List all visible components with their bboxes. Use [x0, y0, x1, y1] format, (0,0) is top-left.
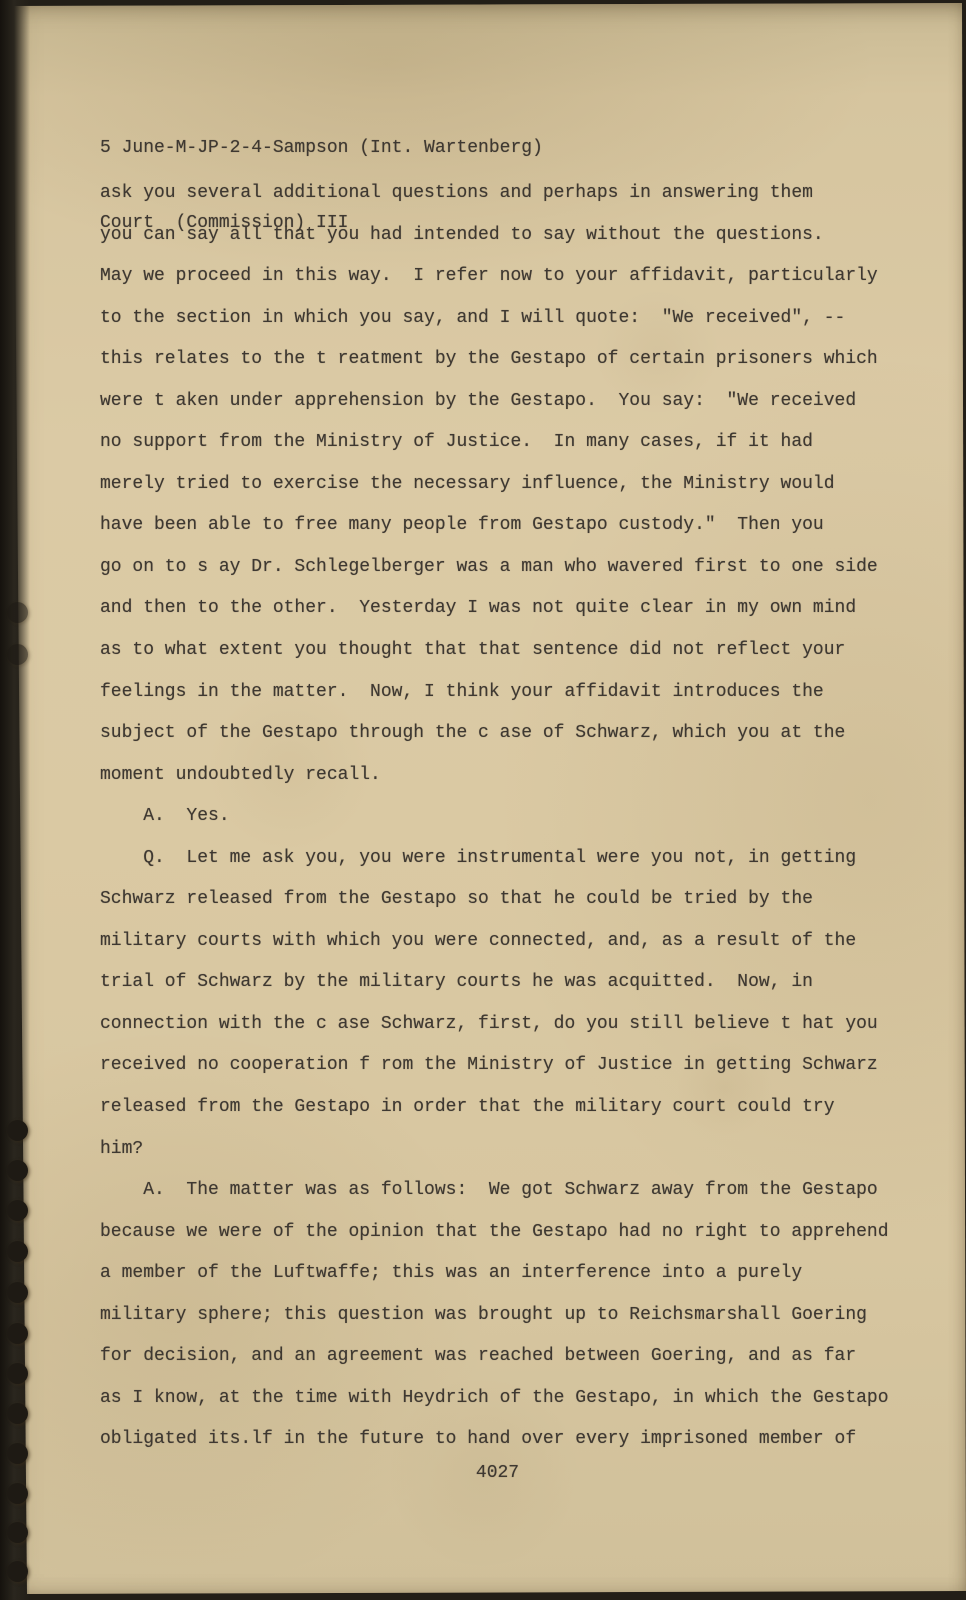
- transcript-line: and then to the other. Yesterday I was n…: [100, 588, 920, 630]
- transcript-line: connection with the c ase Schwarz, first…: [100, 1004, 920, 1046]
- transcript-line: Q. Let me ask you, you were instrumental…: [100, 838, 920, 880]
- transcript-line: A. Yes.: [100, 796, 920, 838]
- binding-hole: [7, 1160, 28, 1181]
- binding-hole: [7, 1120, 28, 1141]
- transcript-line: subject of the Gestapo through the c ase…: [100, 713, 920, 755]
- transcript-line: military sphere; this question was broug…: [100, 1295, 920, 1337]
- transcript-line: moment undoubtedly recall.: [100, 755, 920, 797]
- transcript-line: for decision, and an agreement was reach…: [100, 1336, 920, 1378]
- binding-hole: [7, 1363, 28, 1384]
- transcript-line: feelings in the matter. Now, I think you…: [100, 672, 920, 714]
- binding-hole: [7, 644, 28, 665]
- transcript-line: obligated its.lf in the future to hand o…: [100, 1419, 920, 1461]
- transcript-line: this relates to the t reatment by the Ge…: [100, 339, 920, 381]
- transcript-line: A. The matter was as follows: We got Sch…: [100, 1170, 920, 1212]
- transcript-line: go on to s ay Dr. Schlegelberger was a m…: [100, 547, 920, 589]
- scanned-page: 5 June-M-JP-2-4-Sampson (Int. Wartenberg…: [0, 0, 966, 1600]
- binding-hole: [7, 1403, 28, 1424]
- header-line: 5 June-M-JP-2-4-Sampson (Int. Wartenberg…: [100, 136, 543, 161]
- transcript-line: you can say all that you had intended to…: [100, 215, 920, 257]
- transcript-line: ask you several additional questions and…: [100, 173, 920, 215]
- binding-hole: [7, 602, 28, 623]
- transcript-line: received no cooperation f rom the Minist…: [100, 1045, 920, 1087]
- binding-hole: [7, 1241, 28, 1262]
- transcript-line: trial of Schwarz by the military courts …: [100, 962, 920, 1004]
- binding-hole: [7, 1282, 28, 1303]
- transcript-line: military courts with which you were conn…: [100, 921, 920, 963]
- transcript-body: ask you several additional questions and…: [100, 173, 920, 1461]
- binding-hole: [7, 1522, 28, 1543]
- binding-hole: [7, 1200, 28, 1221]
- transcript-line: as I know, at the time with Heydrich of …: [100, 1378, 920, 1420]
- transcript-line: May we proceed in this way. I refer now …: [100, 256, 920, 298]
- transcript-line: a member of the Luftwaffe; this was an i…: [100, 1253, 920, 1295]
- transcript-line: as to what extent you thought that that …: [100, 630, 920, 672]
- transcript-line: merely tried to exercise the necessary i…: [100, 464, 920, 506]
- transcript-line: were t aken under apprehension by the Ge…: [100, 381, 920, 423]
- page-number: 4027: [100, 1463, 895, 1483]
- binding-hole: [7, 1561, 28, 1582]
- transcript-line: him?: [100, 1129, 920, 1171]
- binding-hole: [7, 1443, 28, 1464]
- binding-hole: [7, 1483, 28, 1504]
- transcript-line: released from the Gestapo in order that …: [100, 1087, 920, 1129]
- transcript-line: to the section in which you say, and I w…: [100, 298, 920, 340]
- transcript-line: have been able to free many people from …: [100, 505, 920, 547]
- transcript-line: Schwarz released from the Gestapo so tha…: [100, 879, 920, 921]
- binding-hole: [7, 1323, 28, 1344]
- transcript-line: no support from the Ministry of Justice.…: [100, 422, 920, 464]
- transcript-line: because we were of the opinion that the …: [100, 1212, 920, 1254]
